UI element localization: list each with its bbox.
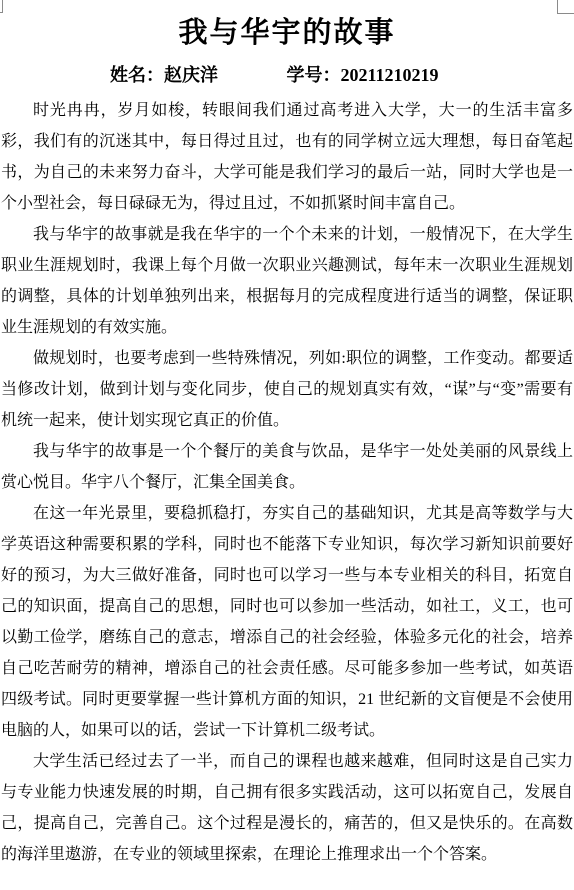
text-boundary-corner-mark-right (557, 0, 574, 14)
student-id-label: 学号： (287, 65, 341, 85)
student-id-value: 20211210219 (341, 65, 439, 85)
document-title: 我与华宇的故事 (0, 14, 574, 52)
student-name-value: 赵庆洋 (164, 65, 218, 85)
student-id-field: 学号：20211210219 (287, 65, 439, 85)
student-name-label: 姓名： (110, 65, 164, 85)
document-page: 我与华宇的故事 姓名：赵庆洋 学号：20211210219 时光冉冉，岁月如梭，… (0, 0, 574, 890)
paragraph: 时光冉冉，岁月如梭，转眼间我们通过高考进入大学，大一的生活丰富多彩，我们有的沉迷… (1, 95, 573, 219)
student-meta-line: 姓名：赵庆洋 学号：20211210219 (110, 62, 574, 88)
paragraph: 在这一年光景里，要稳抓稳打，夯实自己的基础知识，尤其是高等数学与大学英语这种需要… (1, 498, 573, 746)
document-body: 时光冉冉，岁月如梭，转眼间我们通过高考进入大学，大一的生活丰富多彩，我们有的沉迷… (0, 95, 574, 870)
paragraph: 做规划时，也要考虑到一些特殊情况，列如:职位的调整，工作变动。都要适当修改计划，… (1, 343, 573, 436)
paragraph: 我与华宇的故事是一个个餐厅的美食与饮品，是华宇一处处美丽的风景线上赏心悦目。华宇… (1, 436, 573, 498)
text-boundary-corner-mark-left (0, 0, 3, 13)
paragraph: 大学生活已经过去了一半，而自己的课程也越来越难，但同时这是自己实力与专业能力快速… (1, 746, 573, 870)
paragraph: 我与华宇的故事就是我在华宇的一个个未来的计划，一般情况下，在大学生职业生涯规划时… (1, 219, 573, 343)
student-name-field: 姓名：赵庆洋 (110, 65, 218, 85)
